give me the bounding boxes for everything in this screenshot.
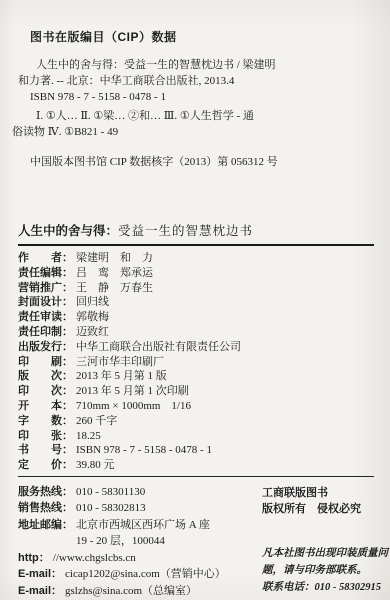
contact-row: 服务热线： 010 - 58301130: [18, 484, 253, 501]
detail-row: 印 刷： 三河市华丰印刷厂: [18, 355, 374, 370]
detail-label: 印 次：: [18, 384, 73, 399]
contact-section: 服务热线： 010 - 58301130 销售热线： 010 - 5830281…: [18, 484, 374, 600]
detail-row: 开 本： 710mm × 1000mm 1/16: [18, 399, 374, 414]
detail-label: 责任印制：: [18, 325, 73, 340]
cip-description-line1: 人生中的舍与得：受益一生的智慧枕边书 / 梁建明: [18, 58, 374, 74]
detail-value: ISBN 978 - 7 - 5158 - 0478 - 1: [76, 443, 212, 458]
contact-list: 服务热线： 010 - 58301130 销售热线： 010 - 5830281…: [18, 484, 253, 600]
detail-row: 责任编辑： 吕 鸾 郑承运: [18, 266, 374, 281]
detail-label: 营销推广：: [18, 281, 73, 296]
contact-row: 销售热线： 010 - 58302813: [18, 500, 253, 517]
detail-row: 书 号： ISBN 978 - 7 - 5158 - 0478 - 1: [18, 443, 374, 458]
contact-label: E-mail：: [18, 583, 62, 600]
detail-value: 三河市华丰印刷厂: [76, 355, 164, 370]
detail-row: 出版发行： 中华工商联合出版社有限责任公司: [18, 340, 374, 355]
detail-label: 印 刷：: [18, 355, 73, 370]
detail-label: 封面设计：: [18, 295, 73, 310]
contact-row: http： //www.chgslcbs.cn: [18, 550, 253, 567]
imprint-column: 工商联版图书 版权所有 侵权必究 凡本社图书出现印装质量问 题，请与印务部联系。…: [262, 485, 390, 596]
cip-data-block: 图书在版编目（CIP）数据 人生中的舍与得：受益一生的智慧枕边书 / 梁建明 和…: [18, 28, 374, 169]
detail-value: 2013 年 5 月第 1 版: [76, 369, 167, 384]
contact-label: http：: [18, 550, 50, 567]
detail-value: 王 静 万春生: [76, 281, 153, 296]
imprint-series: 工商联版图书: [262, 485, 390, 502]
cip-description: 人生中的舍与得：受益一生的智慧枕边书 / 梁建明 和力著. -- 北京：中华工商…: [18, 58, 374, 89]
contact-value: 010 - 58302813: [76, 500, 146, 517]
cip-description-line2: 和力著. -- 北京：中华工商联合出版社, 2013.4: [18, 74, 374, 90]
detail-value: 710mm × 1000mm 1/16: [76, 399, 191, 414]
detail-row: 责任印制： 迈致红: [18, 325, 374, 340]
detail-label: 开 本：: [18, 399, 73, 414]
detail-label: 作 者：: [18, 251, 73, 266]
contact-row: 地址邮编： 北京市西城区西环广场 A 座 19 - 20 层，100044: [18, 517, 253, 550]
contact-label: 服务热线：: [18, 484, 73, 501]
detail-label: 书 号：: [18, 443, 73, 458]
cip-classification-line1: Ⅰ. ①人… Ⅱ. ①梁… ②和… Ⅲ. ①人生哲学 - 通: [18, 109, 374, 125]
book-title-row: 人生中的舍与得：受益一生的智慧枕边书: [18, 221, 374, 246]
contact-value: cicap1202@sina.com（营销中心）: [65, 566, 226, 583]
detail-value: 260 千字: [76, 414, 117, 429]
detail-row: 定 价： 39.80 元: [18, 458, 374, 473]
copyright-page: 图书在版编目（CIP）数据 人生中的舍与得：受益一生的智慧枕边书 / 梁建明 和…: [0, 0, 390, 600]
detail-row: 责任审读： 郭敬梅: [18, 310, 374, 325]
book-subtitle: 受益一生的智慧枕边书: [118, 224, 253, 238]
detail-value: 迈致红: [76, 325, 109, 340]
detail-row: 封面设计： 回归线: [18, 295, 374, 310]
detail-label: 版 次：: [18, 369, 73, 384]
detail-value: 18.25: [76, 429, 101, 444]
print-quality-notice: 凡本社图书出现印装质量问 题，请与印务部联系。 联系电话：010 - 58302…: [262, 545, 390, 596]
detail-row: 字 数： 260 千字: [18, 414, 374, 429]
detail-label: 责任编辑：: [18, 266, 73, 281]
contact-value: gslzhs@sina.com（总编室）: [65, 583, 197, 600]
detail-value: 中华工商联合出版社有限责任公司: [76, 340, 241, 355]
cip-heading: 图书在版编目（CIP）数据: [30, 28, 374, 45]
detail-value: 吕 鸾 郑承运: [76, 266, 153, 281]
contact-value: 010 - 58301130: [76, 484, 145, 501]
contact-value: 北京市西城区西环广场 A 座 19 - 20 层，100044: [76, 517, 210, 550]
contact-value: //www.chgslcbs.cn: [53, 550, 136, 567]
detail-label: 责任审读：: [18, 310, 73, 325]
detail-row: 印 张： 18.25: [18, 429, 374, 444]
divider-rule: [18, 476, 374, 477]
detail-value: 郭敬梅: [76, 310, 109, 325]
cip-isbn-line: ISBN 978 - 7 - 5158 - 0478 - 1: [18, 90, 374, 106]
contact-label: 地址邮编：: [18, 517, 73, 550]
publication-details-list: 作 者： 梁建明 和 力 责任编辑： 吕 鸾 郑承运 营销推广： 王 静 万春生…: [18, 251, 374, 473]
detail-row: 印 次： 2013 年 5 月第 1 次印刷: [18, 384, 374, 399]
detail-row: 营销推广： 王 静 万春生: [18, 281, 374, 296]
detail-label: 定 价：: [18, 458, 73, 473]
contact-label: E-mail：: [18, 566, 62, 583]
cip-classification-line2: 俗读物 Ⅳ. ①B821 - 49: [12, 125, 374, 141]
copyright-notice: 版权所有 侵权必究: [262, 501, 390, 518]
detail-row: 作 者： 梁建明 和 力: [18, 251, 374, 266]
book-title: 人生中的舍与得：: [18, 224, 118, 238]
cip-classification: Ⅰ. ①人… Ⅱ. ①梁… ②和… Ⅲ. ①人生哲学 - 通 俗读物 Ⅳ. ①B…: [18, 109, 374, 140]
detail-row: 版 次： 2013 年 5 月第 1 版: [18, 369, 374, 384]
contact-row: E-mail： cicap1202@sina.com（营销中心）: [18, 566, 253, 583]
detail-value: 2013 年 5 月第 1 次印刷: [76, 384, 189, 399]
detail-label: 出版发行：: [18, 340, 73, 355]
cip-record-number: 中国版本图书馆 CIP 数据核字（2013）第 056312 号: [18, 153, 374, 169]
contact-label: 销售热线：: [18, 500, 73, 517]
detail-value: 梁建明 和 力: [76, 251, 153, 266]
detail-value: 39.80 元: [76, 458, 115, 473]
detail-label: 字 数：: [18, 414, 73, 429]
detail-value: 回归线: [76, 295, 109, 310]
detail-label: 印 张：: [18, 429, 73, 444]
contact-row: E-mail： gslzhs@sina.com（总编室）: [18, 583, 253, 600]
